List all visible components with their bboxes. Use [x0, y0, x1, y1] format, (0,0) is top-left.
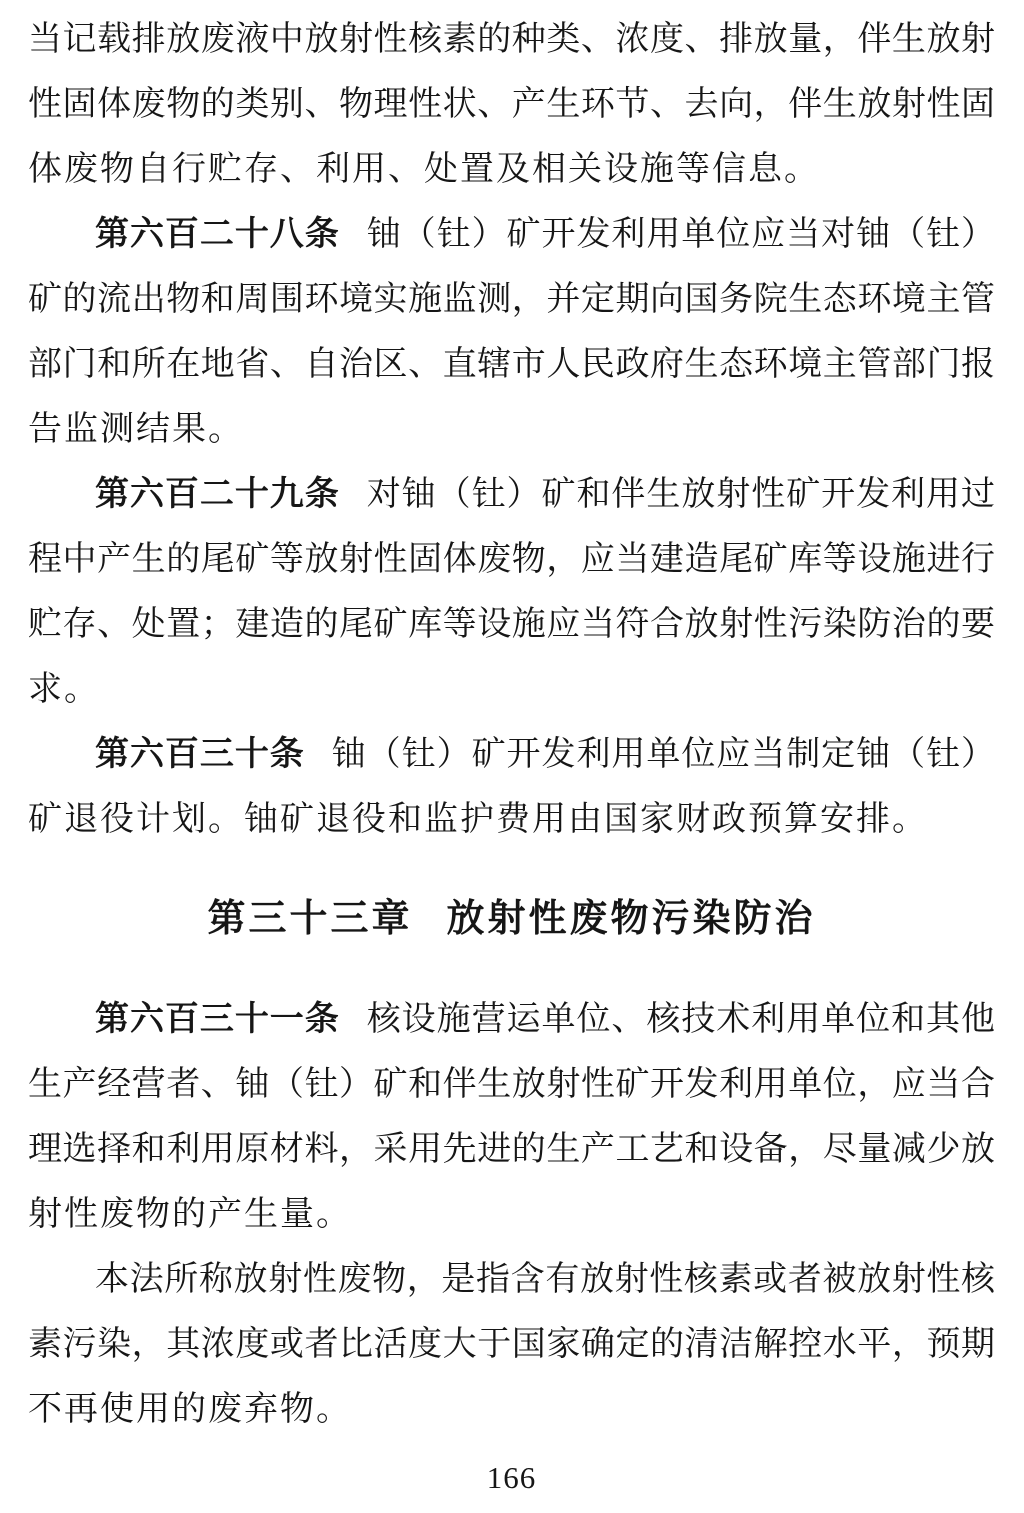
chapter-title: 放射性废物污染防治: [447, 898, 816, 940]
article-number: 第六百二十八条: [95, 215, 340, 253]
article-629-heading-line: 第六百二十九条对铀（钍）矿和伴生放射性矿开发利用过: [28, 462, 995, 527]
text-line: 矿退役计划。铀矿退役和监护费用由国家财政预算安排。: [28, 787, 995, 852]
text-line: 性固体废物的类别、物理性状、产生环节、去向，伴生放射性固: [28, 72, 995, 137]
text-line: 告监测结果。: [28, 397, 995, 462]
article-628-heading-line: 第六百二十八条铀（钍）矿开发利用单位应当对铀（钍）: [28, 202, 995, 267]
page-number: 166: [28, 1442, 995, 1513]
article-number: 第六百三十一条: [95, 1000, 340, 1038]
article-text: 核设施营运单位、核技术利用单位和其他: [366, 1001, 995, 1038]
document-page: 当记载排放废液中放射性核素的种类、浓度、排放量，伴生放射 性固体废物的类别、物理…: [0, 0, 1024, 1513]
text-line: 当记载排放废液中放射性核素的种类、浓度、排放量，伴生放射: [28, 7, 995, 72]
text-line: 部门和所在地省、自治区、直辖市人民政府生态环境主管部门报: [28, 332, 995, 397]
text-line: 射性废物的产生量。: [28, 1182, 995, 1247]
text-line: 体废物自行贮存、利用、处置及相关设施等信息。: [28, 137, 995, 202]
article-630-heading-line: 第六百三十条铀（钍）矿开发利用单位应当制定铀（钍）: [28, 722, 995, 787]
article-text: 铀（钍）矿开发利用单位应当制定铀（钍）: [331, 736, 995, 773]
article-631-heading-line: 第六百三十一条核设施营运单位、核技术利用单位和其他: [28, 987, 995, 1052]
text-line: 素污染，其浓度或者比活度大于国家确定的清洁解控水平，预期: [28, 1312, 995, 1377]
chapter-heading: 第三十三章放射性废物污染防治: [28, 887, 995, 952]
article-text: 铀（钍）矿开发利用单位应当对铀（钍）: [366, 216, 995, 253]
article-number: 第六百二十九条: [95, 475, 340, 513]
article-text: 对铀（钍）矿和伴生放射性矿开发利用过: [366, 476, 995, 513]
chapter-number: 第三十三章: [207, 898, 412, 940]
text-line: 求。: [28, 657, 995, 722]
definition-paragraph-line: 本法所称放射性废物，是指含有放射性核素或者被放射性核: [28, 1247, 995, 1312]
text-line: 矿的流出物和周围环境实施监测，并定期向国务院生态环境主管: [28, 267, 995, 332]
text-line: 不再使用的废弃物。: [28, 1377, 995, 1442]
text-line: 贮存、处置；建造的尾矿库等设施应当符合放射性污染防治的要: [28, 592, 995, 657]
text-line: 生产经营者、铀（钍）矿和伴生放射性矿开发利用单位，应当合: [28, 1052, 995, 1117]
text-line: 程中产生的尾矿等放射性固体废物，应当建造尾矿库等设施进行: [28, 527, 995, 592]
text-line: 理选择和利用原材料，采用先进的生产工艺和设备，尽量减少放: [28, 1117, 995, 1182]
article-number: 第六百三十条: [95, 735, 305, 773]
